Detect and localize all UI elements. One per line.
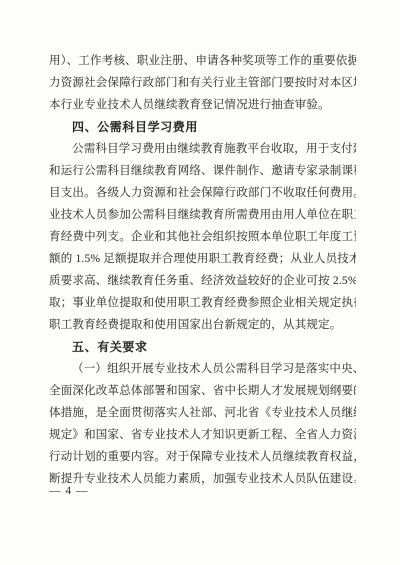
text-line: 规定》和国家、省专业技术人才知识更新工程、全省人力资源提升 bbox=[49, 424, 356, 446]
scanned-page: 用）、工作考核、职业注册、申请各种奖项等工作的重要依据。人 力资源社会保障行政部… bbox=[0, 0, 400, 565]
text-line: （一）组织开展专业技术人员公需科目学习是落实中央、省委 bbox=[49, 358, 356, 380]
text-line: 额的 1.5% 足额提取并合理使用职工教育经费；从业人员技术素 bbox=[49, 248, 356, 270]
section-heading: 五、有关要求 bbox=[49, 336, 356, 358]
text-line: 体措施，是全面贯彻落实人社部、河北省《专业技术人员继续教育 bbox=[49, 402, 356, 424]
section-heading: 四、公需科目学习费用 bbox=[49, 116, 356, 138]
text-line: 公需科目学习费用由继续教育施教平台收取，用于支付建设 bbox=[49, 138, 356, 160]
page-number: — 4 — bbox=[49, 483, 89, 499]
text-line: 目支出。各级人力资源和社会保障行政部门不收取任何费用。专 bbox=[49, 182, 356, 204]
text-line: 育经费中列支。企业和其他社会组织按照本单位职工年度工资总 bbox=[49, 226, 356, 248]
text-line: 力资源社会保障行政部门和有关行业主管部门要按时对本区域、 bbox=[49, 72, 356, 94]
text-line: 和运行公需科目继续教育网络、课件制作、邀请专家录制课程等项 bbox=[49, 160, 356, 182]
text-line: 取；事业单位提取和使用职工教育经费参照企业相关规定执行。 bbox=[49, 292, 356, 314]
text-line: 职工教育经费提取和使用国家出台新规定的，从其规定。 bbox=[49, 314, 356, 336]
text-line: 全面深化改革总体部署和国家、省中长期人才发展规划纲要的具 bbox=[49, 380, 356, 402]
text-line: 断提升专业技术人员能力素质，加强专业技术人员队伍建设具有 bbox=[49, 468, 356, 490]
text-line: 质要求高、继续教育任务重、经济效益较好的企业可按 2.5% 提 bbox=[49, 270, 356, 292]
text-line: 本行业专业技术人员继续教育登记情况进行抽查审验。 bbox=[49, 94, 356, 116]
document-text-block: 用）、工作考核、职业注册、申请各种奖项等工作的重要依据。人 力资源社会保障行政部… bbox=[49, 50, 356, 490]
text-line: 用）、工作考核、职业注册、申请各种奖项等工作的重要依据。人 bbox=[49, 50, 356, 72]
text-line: 业技术人员参加公需科目继续教育所需费用由用人单位在职工教 bbox=[49, 204, 356, 226]
text-line: 行动计划的重要内容。对于保障专业技术人员继续教育权益，不 bbox=[49, 446, 356, 468]
